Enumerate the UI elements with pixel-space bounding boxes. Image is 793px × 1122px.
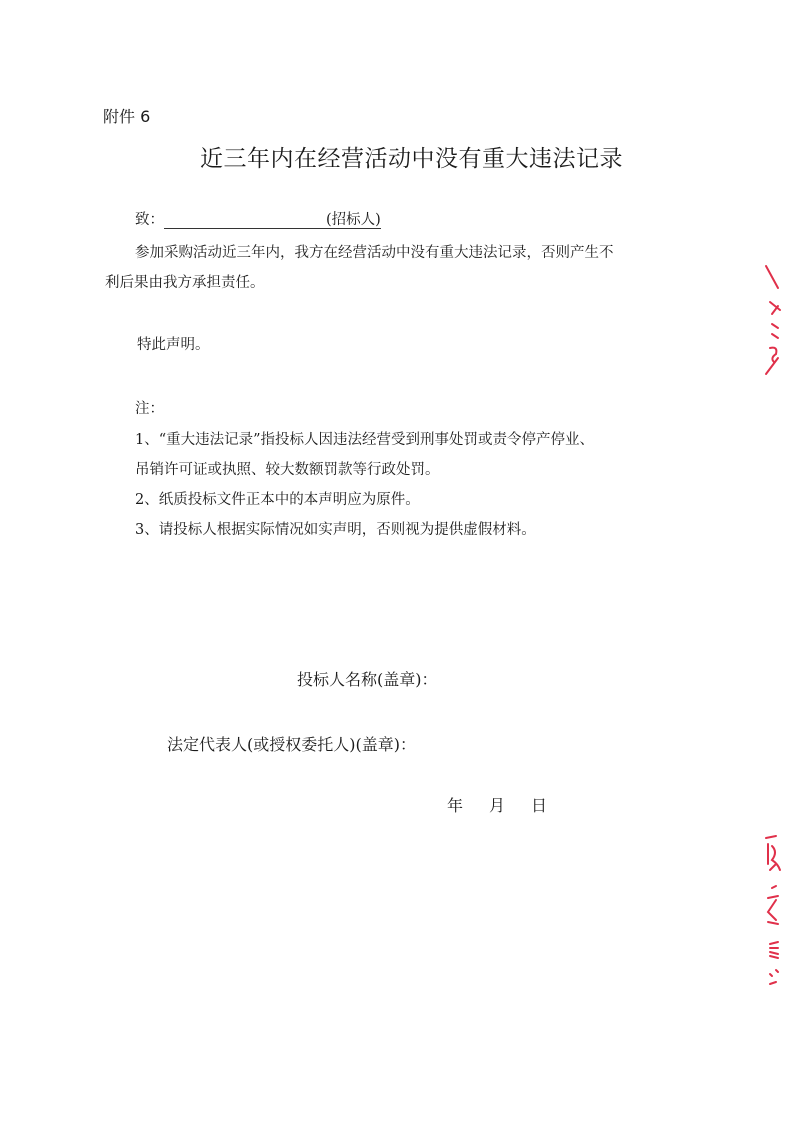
date-month: 月 xyxy=(489,793,505,816)
document-title: 近三年内在经营活动中没有重大违法记录 xyxy=(200,140,623,173)
date-day: 日 xyxy=(531,793,547,816)
note-item-1-line-2: 吊销许可证或执照、较大数额罚款等行政处罚。 xyxy=(135,458,440,479)
date-year: 年 xyxy=(447,793,463,816)
attachment-label: 附件 6 xyxy=(103,104,150,127)
note-item-3: 3、请投标人根据实际情况如实声明，否则视为提供虚假材料。 xyxy=(135,518,536,539)
seal-fragment-top-icon xyxy=(760,262,790,377)
paragraph-line-2: 利后果由我方承担责任。 xyxy=(105,271,265,292)
addressee-line: 致：(招标人) xyxy=(135,208,381,229)
legal-rep-label: 法定代表人(或授权委托人)(盖章)： xyxy=(167,732,416,755)
blank-space xyxy=(164,214,326,229)
recipient-blank[interactable]: (招标人) xyxy=(164,212,381,229)
notes-heading: 注： xyxy=(135,397,164,418)
recipient-hint: (招标人) xyxy=(326,212,381,228)
note-item-2: 2、纸质投标文件正本中的本声明应为原件。 xyxy=(135,488,420,509)
paragraph-line-1: 参加采购活动近三年内，我方在经营活动中没有重大违法记录，否则产生不 xyxy=(135,241,614,262)
declaration: 特此声明。 xyxy=(137,333,210,354)
note-item-1-line-1: 1、“重大违法记录”指投标人因违法经营受到刑事处罚或责令停产停业、 xyxy=(135,428,594,449)
to-prefix: 致： xyxy=(135,212,164,228)
date-line: 年月日 xyxy=(447,793,547,816)
seal-fragment-bottom-icon xyxy=(762,830,788,990)
bidder-name-label: 投标人名称(盖章)： xyxy=(297,667,438,690)
